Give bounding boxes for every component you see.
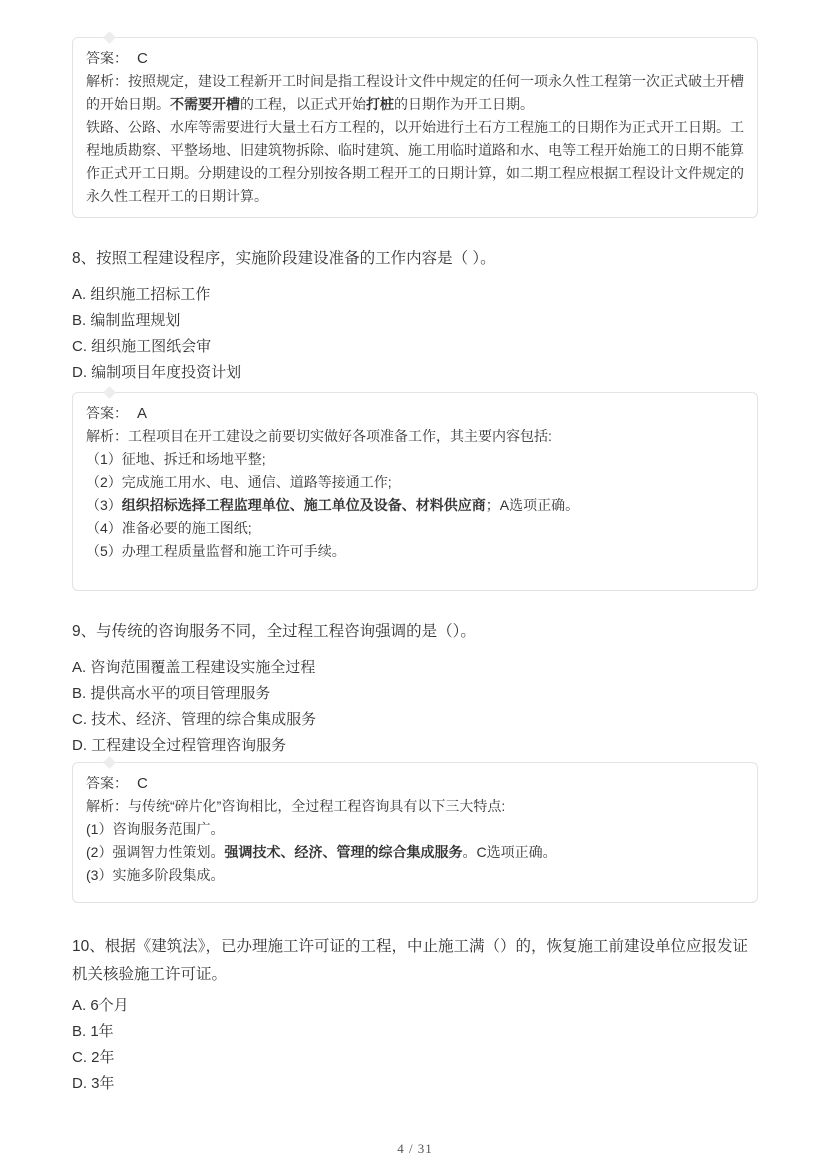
analysis-list-item: (2）强调智力性策划。强调技术、经济、管理的综合集成服务。C选项正确。: [86, 841, 744, 864]
option-row: B. 编制监理规划: [72, 308, 758, 334]
text-run: （3）: [86, 497, 122, 513]
answer-box: 答案：C 解析：按照规定，建设工程新开工时间是指工程设计文件中规定的任何一项永久…: [72, 37, 758, 218]
text-run: 。C选项正确。: [462, 844, 556, 860]
option-row: C. 技术、经济、管理的综合集成服务: [72, 707, 758, 733]
answer-label: 答案：: [86, 50, 128, 66]
analysis-list-item: （3）组织招标选择工程监理单位、施工单位及设备、材料供应商；A选项正确。: [86, 494, 744, 517]
text-run: (2）强调智力性策划。: [86, 844, 224, 860]
option-row: B. 提供高水平的项目管理服务: [72, 681, 758, 707]
answer-value: A: [137, 405, 147, 422]
option-row: C. 2年: [72, 1045, 758, 1071]
option-row: A. 组织施工招标工作: [72, 282, 758, 308]
page-number: 4 / 31: [0, 1141, 830, 1157]
analysis-paragraph: 解析：与传统“碎片化”咨询相比，全过程工程咨询具有以下三大特点:: [86, 795, 744, 818]
question-title: 8、按照工程建设程序，实施阶段建设准备的工作内容是（ ）。: [72, 246, 758, 272]
bold-text-run: 组织招标选择工程监理单位、施工单位及设备、材料供应商: [122, 497, 486, 513]
option-row: A. 6个月: [72, 993, 758, 1019]
bold-text-run: 打桩: [366, 96, 394, 112]
answer-line: 答案：C: [86, 47, 744, 70]
text-run: ；A选项正确。: [486, 497, 579, 513]
option-row: A. 咨询范围覆盖工程建设实施全过程: [72, 655, 758, 681]
answer-box: 答案：C 解析：与传统“碎片化”咨询相比，全过程工程咨询具有以下三大特点: (1…: [72, 762, 758, 903]
text-run: （5）办理工程质量监督和施工许可手续。: [86, 543, 346, 559]
text-run: （4）准备必要的施工图纸;: [86, 520, 252, 536]
analysis-list-item: （2）完成施工用水、电、通信、道路等接通工作;: [86, 471, 744, 494]
text-run: （1）征地、拆迁和场地平整;: [86, 451, 266, 467]
question-title: 10、根据《建筑法》，已办理施工许可证的工程，中止施工满（）的，恢复施工前建设单…: [72, 933, 758, 989]
text-run: 的工程，以正式开始: [240, 96, 366, 112]
analysis-list-item: (3）实施多阶段集成。: [86, 864, 744, 887]
answer-line: 答案：C: [86, 772, 744, 795]
anchor-diamond-icon: [103, 31, 116, 44]
anchor-diamond-icon: [103, 386, 116, 399]
analysis-list-item: （1）征地、拆迁和场地平整;: [86, 448, 744, 471]
option-row: D. 编制项目年度投资计划: [72, 360, 758, 386]
answer-label: 答案：: [86, 405, 128, 421]
text-run: (3）实施多阶段集成。: [86, 867, 224, 883]
bold-text-run: 不需要开槽: [170, 96, 240, 112]
analysis-list-item: （4）准备必要的施工图纸;: [86, 517, 744, 540]
document-page: 答案：C 解析：按照规定，建设工程新开工时间是指工程设计文件中规定的任何一项永久…: [0, 0, 830, 1097]
question-title: 9、与传统的咨询服务不同，全过程工程咨询强调的是（）。: [72, 619, 758, 645]
analysis-paragraph: 解析：按照规定，建设工程新开工时间是指工程设计文件中规定的任何一项永久性工程第一…: [86, 70, 744, 116]
text-run: (1）咨询服务范围广。: [86, 821, 224, 837]
answer-value: C: [137, 775, 148, 792]
bold-text-run: 强调技术、经济、管理的综合集成服务: [224, 844, 462, 860]
text-run: 的日期作为开工日期。: [394, 96, 534, 112]
option-row: C. 组织施工图纸会审: [72, 334, 758, 360]
analysis-paragraph: 解析：工程项目在开工建设之前要切实做好各项准备工作，其主要内容包括:: [86, 425, 744, 448]
question-block: 8、按照工程建设程序，实施阶段建设准备的工作内容是（ ）。 A. 组织施工招标工…: [72, 246, 758, 386]
text-run: 铁路、公路、水库等需要进行大量土石方工程的，以开始进行土石方工程施工的日期作为正…: [86, 119, 744, 204]
option-row: B. 1年: [72, 1019, 758, 1045]
text-run: （2）完成施工用水、电、通信、道路等接通工作;: [86, 474, 392, 490]
option-row: D. 工程建设全过程管理咨询服务: [72, 733, 758, 759]
analysis-list-item: (1）咨询服务范围广。: [86, 818, 744, 841]
answer-box: 答案：A 解析：工程项目在开工建设之前要切实做好各项准备工作，其主要内容包括: …: [72, 392, 758, 591]
question-block: 10、根据《建筑法》，已办理施工许可证的工程，中止施工满（）的，恢复施工前建设单…: [72, 933, 758, 1097]
answer-value: C: [137, 50, 148, 67]
analysis-list-item: （5）办理工程质量监督和施工许可手续。: [86, 540, 744, 563]
answer-label: 答案：: [86, 775, 128, 791]
text-run: 解析：工程项目在开工建设之前要切实做好各项准备工作，其主要内容包括:: [86, 428, 552, 444]
answer-line: 答案：A: [86, 402, 744, 425]
text-run: 解析：与传统“碎片化”咨询相比，全过程工程咨询具有以下三大特点:: [86, 798, 505, 814]
question-block: 9、与传统的咨询服务不同，全过程工程咨询强调的是（）。 A. 咨询范围覆盖工程建…: [72, 619, 758, 759]
option-row: D. 3年: [72, 1071, 758, 1097]
analysis-paragraph: 铁路、公路、水库等需要进行大量土石方工程的，以开始进行土石方工程施工的日期作为正…: [86, 116, 744, 208]
